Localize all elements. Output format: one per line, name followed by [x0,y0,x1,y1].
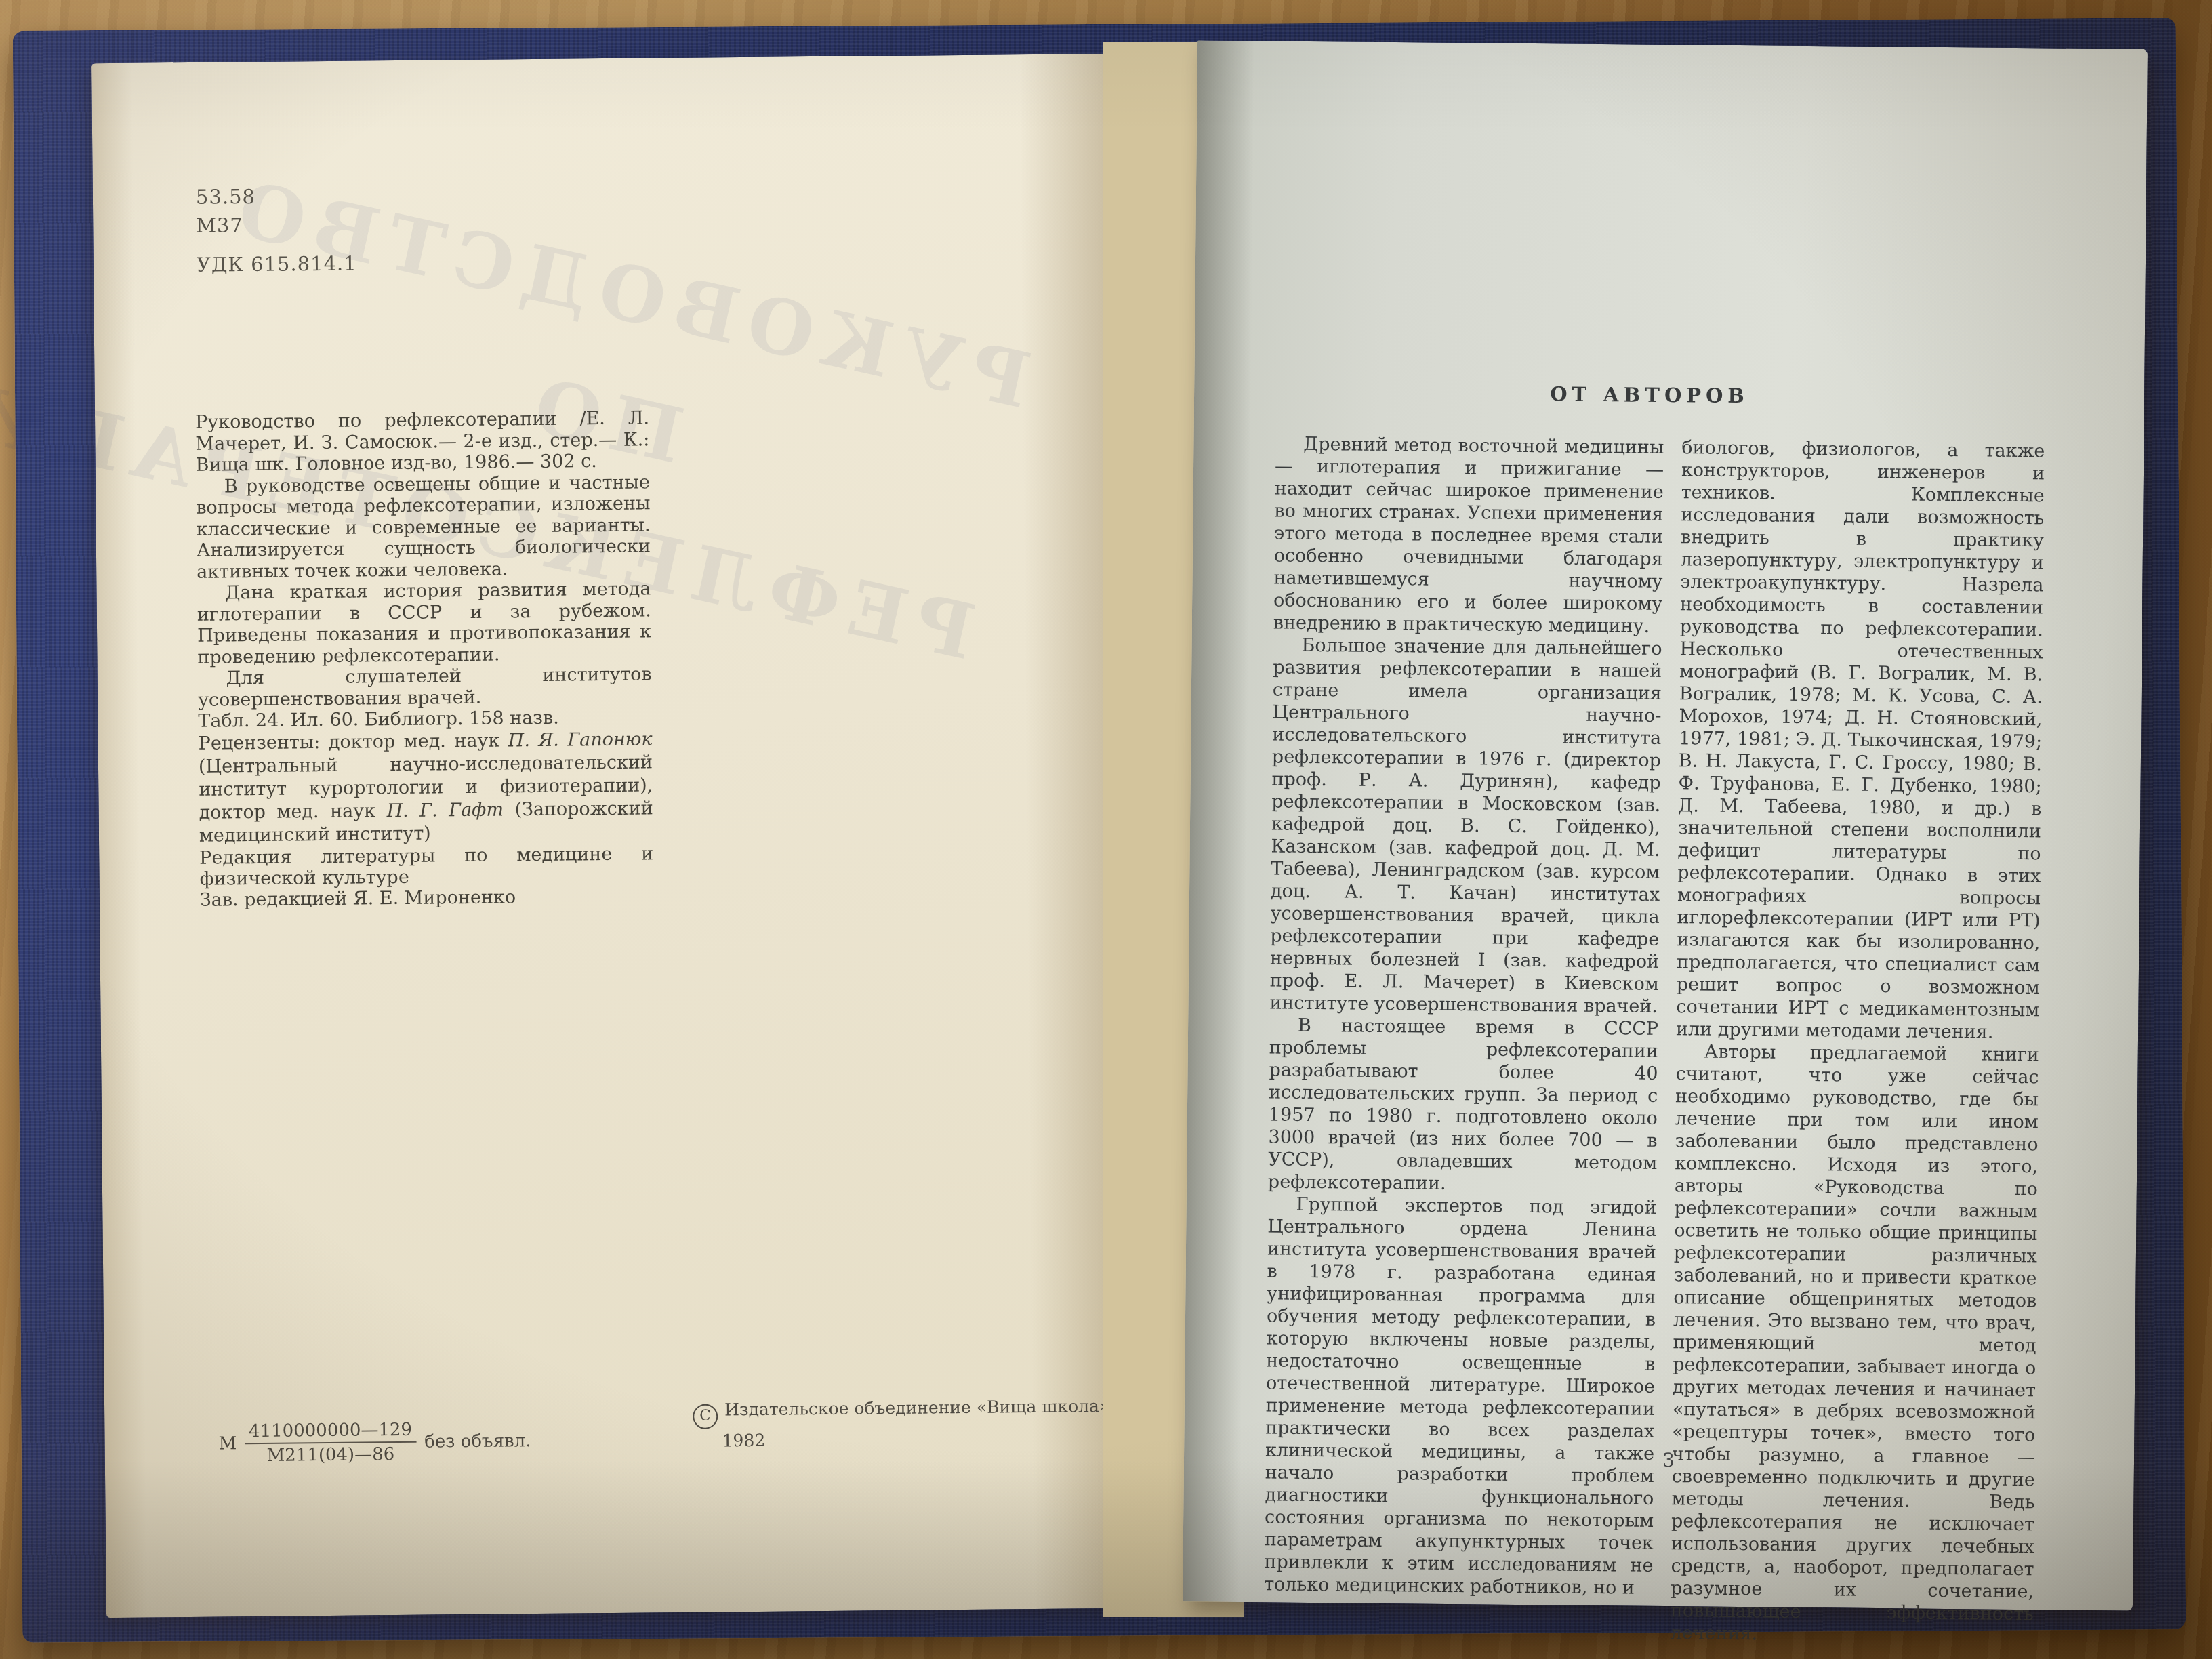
copyright-year: 1982 [722,1430,765,1450]
page-number: 3 [1662,1449,1675,1471]
bbk-code: 53.58 [196,182,255,211]
section-heading: ОТ АВТОРОВ [1275,380,2024,410]
text-column-right: биологов, физиологов, а также конструкто… [1670,436,2045,1647]
publisher-name: Издательское объединение «Вища школа», [724,1396,1115,1420]
body-paragraph: Группой экспертов под эгидой Центральног… [1264,1193,1657,1599]
annotation-paragraph: В руководстве освещены общие и частные в… [196,472,651,583]
copyright-icon: С [693,1404,718,1429]
body-paragraph: Авторы предлагаемой книги считают, что у… [1670,1040,2039,1647]
classification-codes: 53.58 М37 [196,182,256,240]
imprint-text-block: Руководство по рефлексотерапии /Е. Л. Ма… [195,407,654,910]
reviewers-line: Рецензенты: доктор мед. наук П. Я. Гапон… [199,728,654,847]
left-page: РУКОВОДСТВО ПО РЕФЛЕКСОТЕРАПИИ 53.58 М37… [91,54,1126,1618]
body-paragraph: Древний метод восточной медицины — иглот… [1273,432,1664,637]
copyright-notice: СИздательское объединение «Вища школа», … [693,1394,1115,1453]
annotation-paragraph: Дана краткая история развития метода игл… [197,578,651,668]
author-sign: М37 [196,211,255,240]
reviewers-lead: Рецензенты: доктор мед. наук [199,730,508,754]
text-column-left: Древний метод восточной медицины — иглот… [1264,432,1664,1599]
print-code-numerator: 4110000000—129 [245,1420,416,1444]
reviewer-name: П. Я. Гапонюк [508,729,653,751]
editor-in-charge-line: Зав. редакцией Я. Е. Мироненко [200,886,516,910]
editorial-block: Редакция литературы по медицине и физиче… [199,843,654,910]
annotation-paragraph: Для слушателей институтов усовершенствов… [198,663,653,710]
print-code-denominator: М211(04)—86 [245,1443,416,1466]
book-photo: РУКОВОДСТВО ПО РЕФЛЕКСОТЕРАПИИ 53.58 М37… [0,0,2212,1659]
print-code-suffix: без объявл. [424,1431,531,1452]
editorial-line: Редакция литературы по медицине и физиче… [199,843,653,889]
reviewer-name: П. Г. Гафт [386,799,504,821]
body-paragraph: В настоящее время в СССР проблемы рефлек… [1268,1014,1659,1196]
right-page: ОТ АВТОРОВ Древний метод восточной медиц… [1183,40,2148,1610]
print-code-fraction: 4110000000—129 М211(04)—86 [245,1420,417,1466]
udk-code: УДК 615.814.1 [197,252,357,276]
print-order-code: М 4110000000—129 М211(04)—86 без объявл. [218,1418,531,1466]
bibliographic-entry: Руководство по рефлексотерапии /Е. Л. Ма… [195,407,650,476]
body-paragraph: биологов, физиологов, а также конструкто… [1676,436,2045,1044]
body-paragraph: Большое значение для дальнейшего развити… [1269,634,1662,1017]
print-code-prefix: М [218,1433,237,1454]
